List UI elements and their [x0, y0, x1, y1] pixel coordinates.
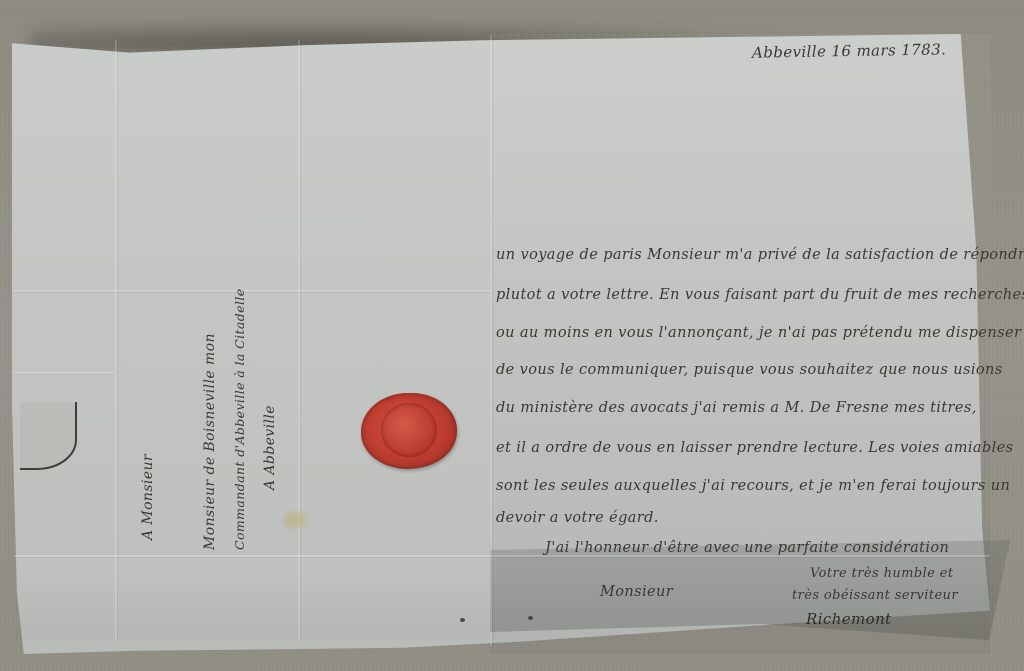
address-line: Commandant d'Abbeville à la Citadelle	[232, 288, 247, 550]
letter-body-line: un voyage de paris Monsieur m'a privé de…	[496, 247, 1024, 263]
vertical-crease	[298, 40, 300, 640]
letter-body-line: de vous le communiquer, puisque vous sou…	[496, 362, 1003, 378]
letter-date: Abbeville 16 mars 1783.	[752, 40, 947, 61]
address-line: A Monsieur	[140, 454, 156, 540]
letter-body-line: du ministère des avocats j'ai remis a M.…	[496, 400, 977, 416]
signature: Richemont	[806, 610, 892, 628]
pin-hole	[528, 616, 533, 620]
letter-closing-line: J'ai l'honneur d'être avec une parfaite …	[545, 540, 949, 556]
horizontal-crease	[14, 290, 490, 292]
address-block: A Monsieur Monsieur de Boisneville mon C…	[140, 300, 290, 540]
letter-body-line: ou au moins en vous l'annonçant, je n'ai…	[496, 325, 1021, 341]
sign-off-line: très obéissant serviteur	[792, 588, 958, 603]
wax-seal	[361, 393, 457, 469]
letter-salutation: Monsieur	[600, 584, 673, 600]
address-line: A Abbeville	[262, 405, 278, 490]
vertical-crease	[115, 40, 117, 640]
letter-body-line: et il a ordre de vous en laisser prendre…	[496, 440, 1014, 456]
address-line: Monsieur de Boisneville mon	[202, 333, 218, 550]
letter-body-line: devoir a votre égard.	[496, 510, 659, 526]
sign-off-line: Votre très humble et	[810, 566, 954, 581]
seal-impression	[381, 403, 437, 457]
horizontal-crease	[14, 372, 114, 374]
letter-body-line: sont les seules auxquelles j'ai recours,…	[496, 478, 1010, 494]
letter-body-line: plutot a votre lettre. En vous faisant p…	[496, 287, 1024, 303]
pin-hole	[460, 618, 465, 622]
lower-fold-strip	[16, 555, 496, 640]
